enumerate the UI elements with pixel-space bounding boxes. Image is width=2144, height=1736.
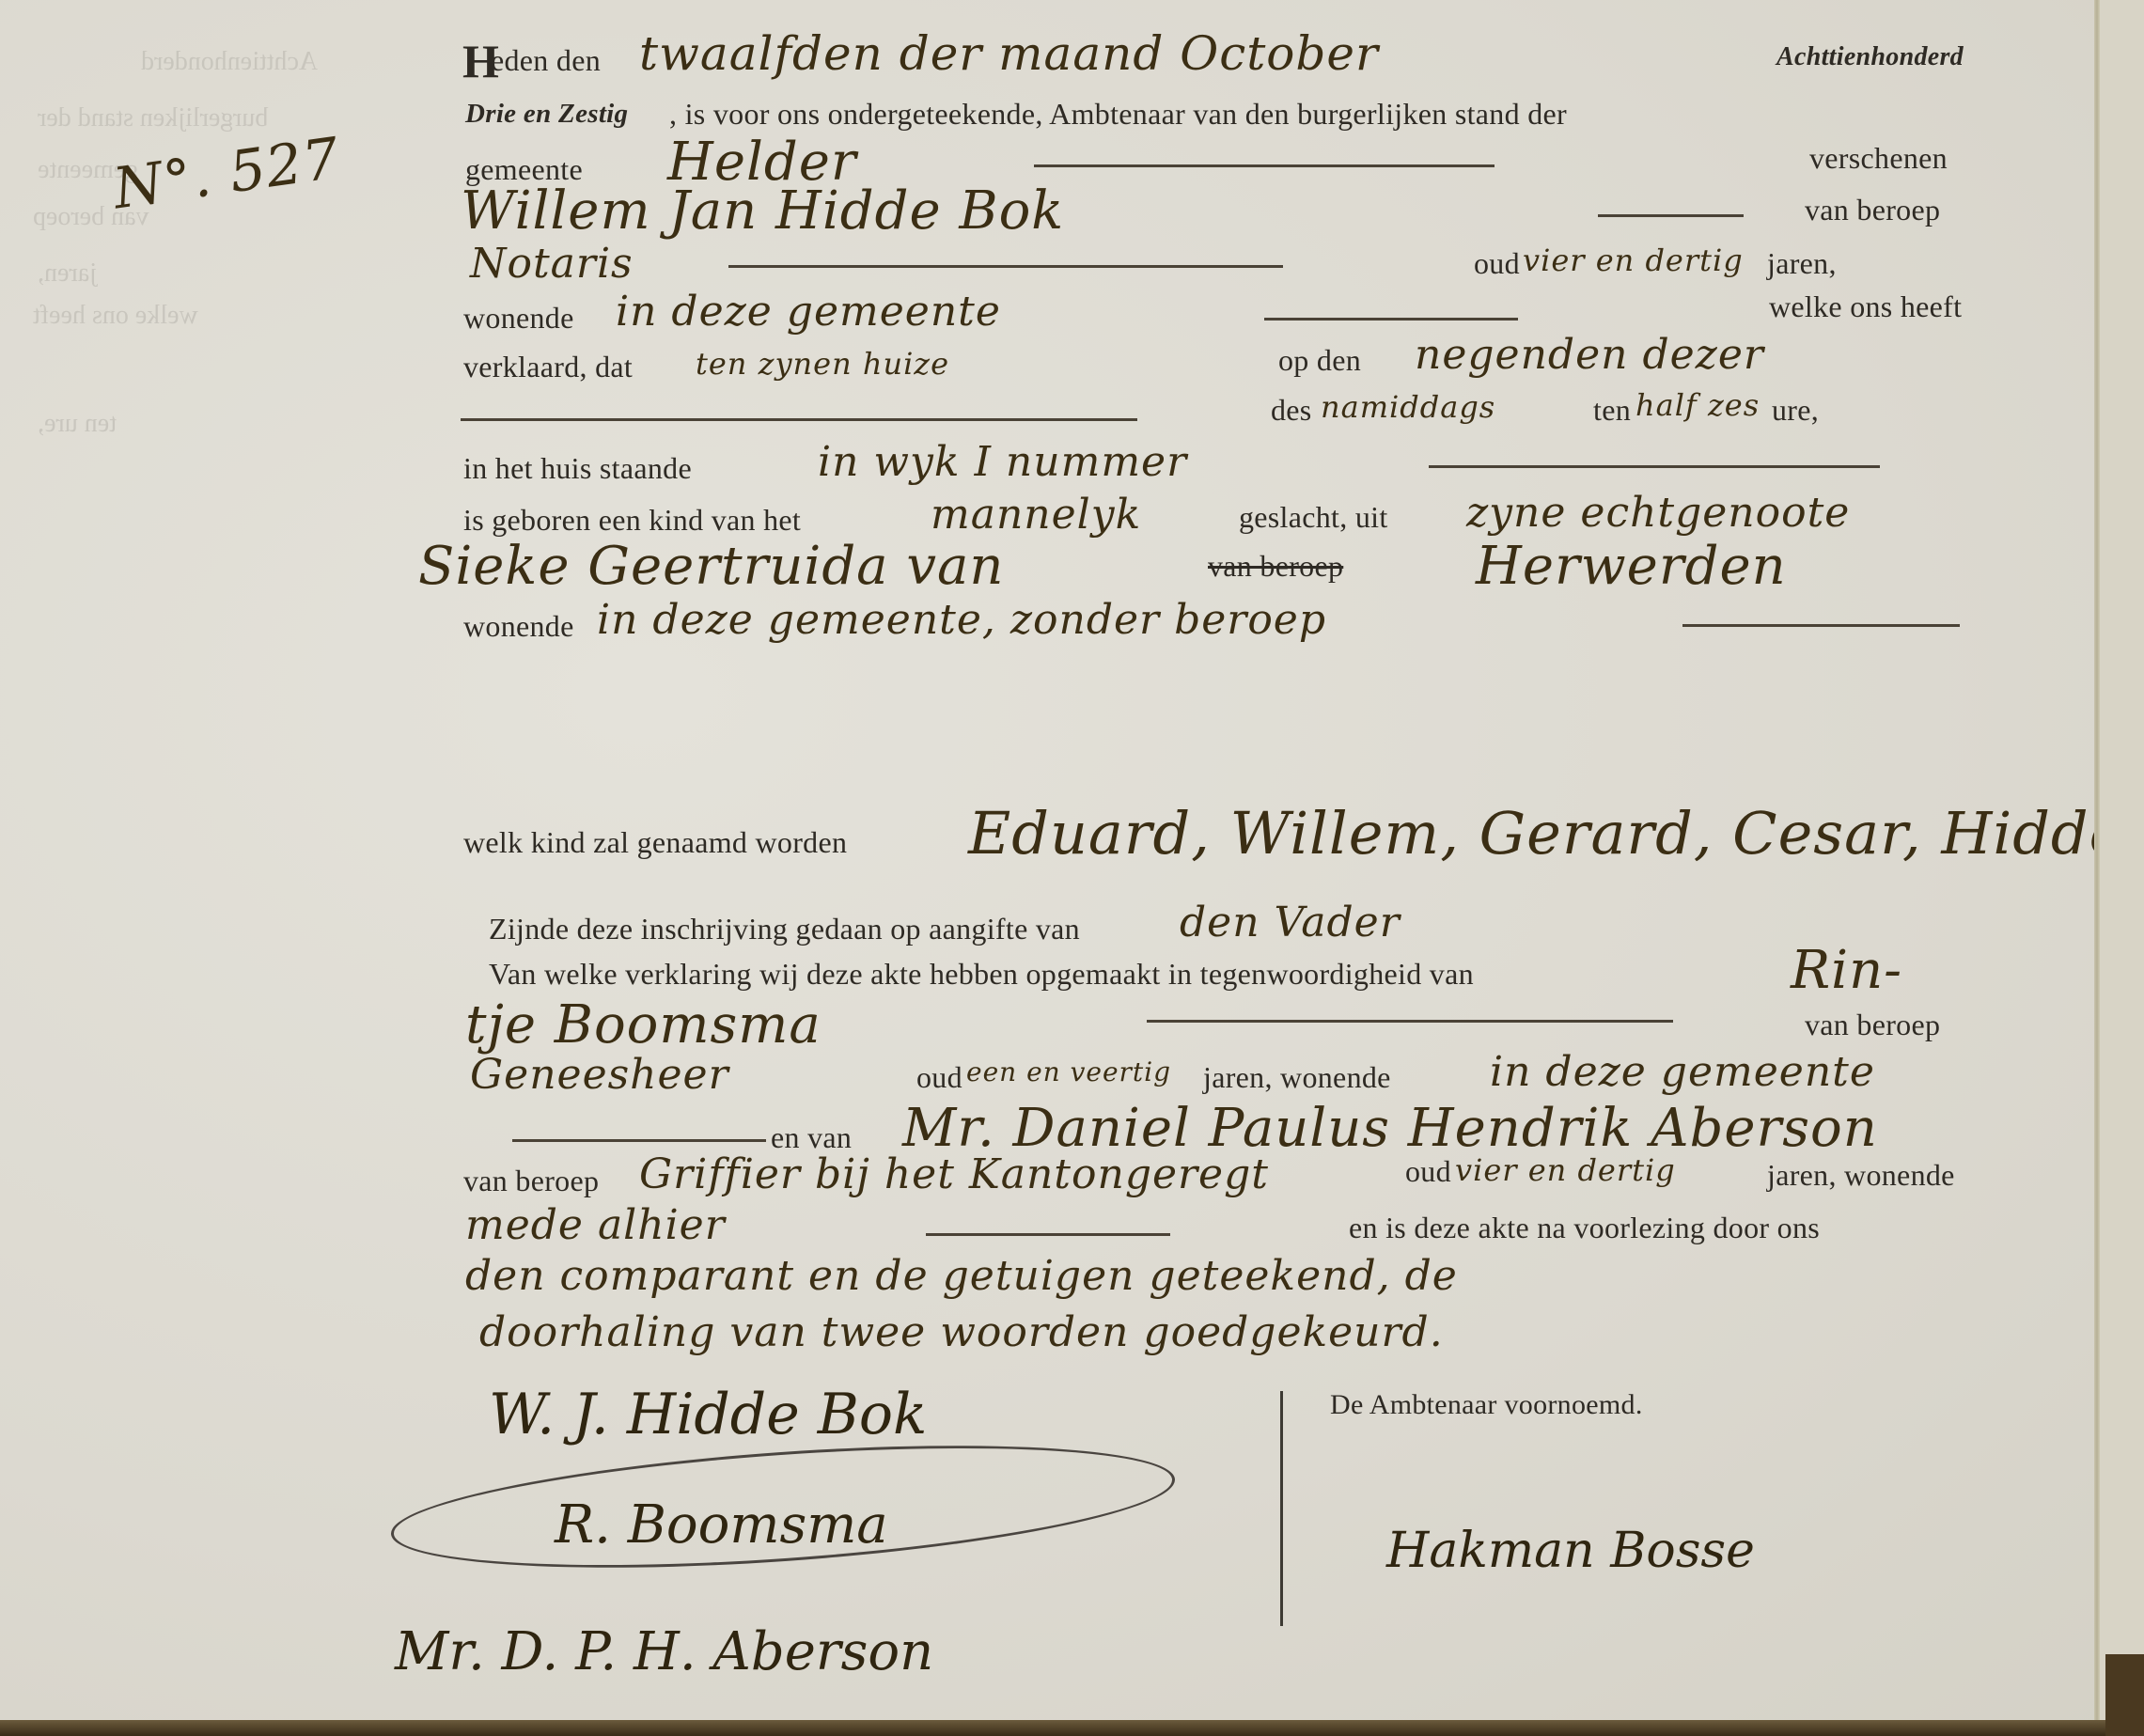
fill-line [1682,624,1960,627]
printed-zijnde: Zijnde deze inschrijving gedaan op aangi… [489,912,1080,946]
printed-welke: welke ons heeft [1769,289,1962,324]
signature-ambtenaar: Hakman Bosse [1386,1523,1755,1579]
hand-witness1-age: een en veertig [966,1056,1171,1087]
printed-van-beroep: van beroep [1805,193,1940,227]
ghost-text: jaren, [38,258,97,289]
fill-line [926,1233,1170,1236]
printed-ten: ten [1593,393,1631,428]
hand-time-of-day: namiddags [1321,389,1495,425]
hand-mother-last: Herwerden [1476,536,1787,597]
hand-address: in wyk I nummer [818,438,1187,486]
printed-wonende-mother: wonende [463,609,574,644]
printed-oud: oud [1474,246,1520,281]
hand-declarant: Willem Jan Hidde Bok [461,180,1064,242]
hand-closing-a: den comparant en de getuigen geteekend, … [465,1252,1458,1300]
hand-place: ten zynen huize [696,346,949,382]
book-corner [2105,1654,2144,1736]
hand-day: negenden dezer [1415,331,1764,379]
printed-line2: , is voor ons ondergeteekende, Ambtenaar… [669,97,1567,132]
printed-jaren-wonende-w2: jaren, wonende [1767,1158,1955,1193]
printed-op-den: op den [1278,343,1361,378]
fill-line [1264,318,1518,321]
hand-witness2-residence: mede alhier [465,1201,726,1249]
fill-line [1147,1020,1673,1023]
printed-geboren: is geboren een kind van het [463,503,801,538]
printed-jaren: jaren, [1767,246,1837,281]
hand-witness1-a: Rin- [1791,940,1902,1001]
printed-heden: eden den [491,43,601,78]
signature-witness1: R. Boomsma [555,1494,888,1556]
ambtenaar-label: De Ambtenaar voornoemd. [1330,1389,1643,1421]
printed-geslacht: geslacht, uit [1239,500,1388,535]
hand-witness2-age: vier en dertig [1455,1152,1676,1188]
printed-oud-w2: oud [1405,1154,1451,1189]
fill-line [512,1139,766,1142]
hand-witness1-residence: in deze gemeente [1490,1048,1875,1096]
printed-van-welke: Van welke verklaring wij deze akte hebbe… [489,957,1474,992]
hand-hour: half zes [1635,387,1760,423]
printed-des: des [1271,393,1312,428]
ghost-text: burgerlijken stand der [38,103,268,133]
hand-mother-residence: in deze gemeente, zonder beroep [597,596,1326,644]
hand-residence: in deze gemeente [616,288,1001,336]
printed-wonende: wonende [463,301,574,336]
hand-informant: den Vader [1180,899,1401,946]
printed-year-b: Drie en Zestig [465,99,628,130]
fill-line [728,265,1283,268]
printed-van-beroep-w1: van beroep [1805,1008,1940,1042]
printed-verschenen: verschenen [1809,141,1948,176]
printed-en-is: en is deze akte na voorlezing door ons [1349,1211,1820,1245]
hand-child-name: Eduard, Willem, Gerard, Cesar, Hidde [968,799,2124,868]
record-number: N°. 527 [109,125,344,222]
hand-witness2-occupation: Griffier bij het Kantongeregt [639,1150,1269,1198]
hand-age: vier en dertig [1523,242,1744,278]
next-page-edge [2100,0,2144,1736]
signature-declarant: W. J. Hidde Bok [489,1382,927,1447]
hand-date: twaalfden der maand October [639,26,1379,81]
document-page: Achttienhonderd burgerlijken stand der g… [0,0,2144,1736]
signature-witness2: Mr. D. P. H. Aberson [395,1621,933,1682]
printed-year-a: Achttienhonderd [1776,42,1964,72]
hand-witness1-occupation: Geneesheer [470,1051,729,1099]
fill-line [1598,214,1744,217]
hand-witness1-b: tje Boomsma [465,994,822,1056]
ghost-text: Achttienhonderd [141,47,318,77]
hand-relation: zyne echtgenoote [1466,489,1850,537]
hand-occupation: Notaris [470,240,634,288]
fill-line [1034,164,1495,167]
printed-jaren-wonende-w1: jaren, wonende [1203,1060,1391,1095]
printed-ure: ure, [1772,393,1819,428]
printed-welk-kind: welk kind zal genaamd worden [463,825,847,860]
ghost-text: welke ons heeft [33,301,198,331]
fill-line [461,418,1137,421]
ghost-text: ten ure, [38,409,117,439]
printed-van-beroep-w2: van beroep [463,1164,599,1198]
printed-struck-van-beroep: van beroep [1208,549,1343,584]
printed-oud-w1: oud [916,1060,962,1095]
book-bottom-edge [0,1720,2144,1736]
hand-mother-first: Sieke Geertruida van [418,536,1004,597]
hand-closing-b: doorhaling van twee woorden goedgekeurd. [479,1308,1444,1356]
printed-huis: in het huis staande [463,451,692,486]
hand-sex: mannelyk [931,491,1141,539]
signature-divider [1280,1391,1283,1626]
fill-line [1429,465,1880,468]
printed-verklaard: verklaard, dat [463,350,633,384]
